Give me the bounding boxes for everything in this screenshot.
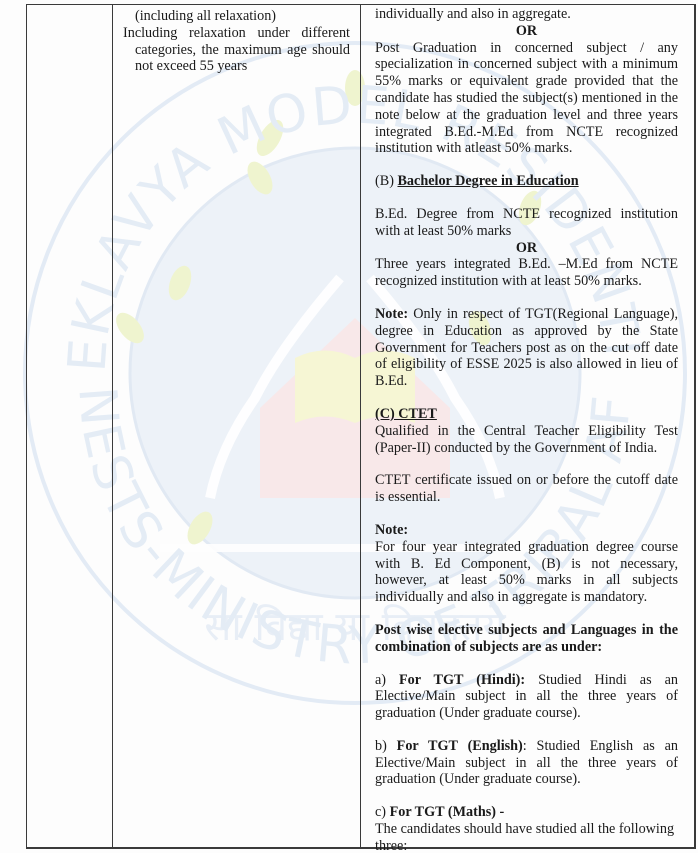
item-c-suffix: -	[496, 804, 504, 820]
note-label: Note:	[375, 306, 408, 322]
integrated-bed-med-para: Three years integrated B.Ed. –M.Ed from …	[375, 256, 678, 290]
post-graduation-para: Post Graduation in concerned subject / a…	[375, 40, 678, 158]
post-wise-heading: Post wise elective subjects and Language…	[375, 622, 678, 656]
table-column-serial	[27, 5, 113, 847]
table-column-age-limit: (including all relaxation) Including rel…	[113, 5, 361, 847]
or-separator-2: OR	[375, 240, 678, 257]
max-age-text: Including relaxation under different cat…	[123, 25, 350, 75]
section-c-title: (C) CTET	[375, 406, 437, 423]
note-2-label: Note:	[375, 522, 678, 539]
note-text: Only in respect of TGT(Regional Language…	[375, 306, 678, 389]
item-b-label: For TGT (English)	[397, 738, 523, 754]
ctet-qualified-para: Qualified in the Central Teacher Eligibi…	[375, 423, 678, 457]
or-separator-1: OR	[375, 23, 678, 40]
table-column-qualification: individually and also in aggregate. OR P…	[361, 5, 694, 847]
section-b-heading: (B) Bachelor Degree in Education	[375, 173, 678, 190]
item-tgt-english: b) For TGT (English): Studied English as…	[375, 738, 678, 788]
document-page: सा विद्या या विमुक्तये EKLAVYA MODEL RES…	[0, 0, 698, 853]
item-a-prefix: a)	[375, 672, 399, 688]
ctet-certificate-para: CTET certificate issued on or before the…	[375, 472, 678, 506]
item-tgt-hindi: a) For TGT (Hindi): Studied Hindi as an …	[375, 672, 678, 722]
regional-language-note: Note: Only in respect of TGT(Regional La…	[375, 306, 678, 390]
item-c-prefix: c)	[375, 804, 390, 820]
item-tgt-maths-heading: c) For TGT (Maths) -	[375, 804, 678, 821]
section-b-title: Bachelor Degree in Education	[397, 173, 578, 189]
eligibility-table: (including all relaxation) Including rel…	[26, 4, 696, 849]
item-c-label: For TGT (Maths)	[390, 804, 496, 820]
age-relaxation-note: (including all relaxation)	[123, 8, 350, 25]
bed-degree-para: B.Ed. Degree from NCTE recognized instit…	[375, 206, 678, 240]
four-year-course-note: For four year integrated graduation degr…	[375, 539, 678, 606]
qualification-cell: individually and also in aggregate. OR P…	[375, 6, 678, 853]
age-limit-cell: (including all relaxation) Including rel…	[123, 8, 350, 75]
qualification-para-1: individually and also in aggregate.	[375, 6, 678, 23]
item-a-label: For TGT (Hindi):	[399, 672, 525, 688]
item-tgt-maths-text: The candidates should have studied all t…	[375, 821, 678, 853]
item-b-prefix: b)	[375, 738, 397, 754]
section-b-prefix: (B)	[375, 173, 394, 189]
